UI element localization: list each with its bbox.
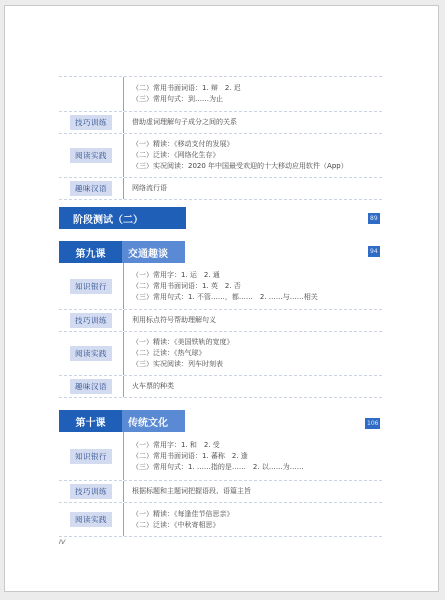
- toc-row: 阅读实践 （一）精读：《美国铁轨的宽度》 （二）泛读：《热气球》 （三）实况阅读…: [59, 332, 382, 376]
- row-body: （一）常用字：1. 和 2. 受 （二）常用书面词语：1. 蕃称 2. 逢 （三…: [124, 437, 304, 476]
- toc-row: （二）常用书面词语：1. 辩 2. 迟 （三）常用句式：到……为止: [59, 76, 382, 112]
- row-line: （三）实况阅读：列车时刻表: [132, 359, 234, 370]
- stage-test-header[interactable]: 阶段测试（二）: [59, 207, 186, 229]
- row-body: （一）精读：《每逢佳节倍思亲》 （二）泛读：《中秋寄相思》: [124, 506, 234, 534]
- row-line: 借助虚词理解句子成分之间的关系: [132, 117, 237, 128]
- row-line: （三）实况阅读：2020 年中国最受欢迎的十大移动应用软件（App）: [132, 161, 348, 172]
- toc-row: 技巧训练 借助虚词理解句子成分之间的关系: [59, 112, 382, 134]
- lesson-number: 第十课: [59, 410, 122, 432]
- toc-row: 阅读实践 （一）精读：《移动支付的发展》 （二）泛读：《网络化生存》 （三）实况…: [59, 134, 382, 178]
- toc-row: 趣味汉语 火车票的种类: [59, 376, 382, 398]
- row-line: （二）常用书面词语：1. 辩 2. 迟: [132, 83, 241, 94]
- row-label-cell: 趣味汉语: [59, 376, 124, 397]
- row-line: （三）常用句式：1. ……指的是…… 2. 以……为……: [132, 462, 304, 473]
- page-number-badge[interactable]: 106: [365, 418, 380, 429]
- row-line: （二）常用书面词语：1. 英 2. 否: [132, 281, 318, 292]
- row-line: （二）泛读：《中秋寄相思》: [132, 520, 234, 531]
- row-line: （二）常用书面词语：1. 蕃称 2. 逢: [132, 451, 304, 462]
- row-line: 火车票的种类: [132, 381, 174, 392]
- lesson-header[interactable]: 第十课 传统文化: [59, 410, 185, 432]
- row-label-cell: 阅读实践: [59, 332, 124, 375]
- lesson-title: 传统文化: [122, 410, 185, 432]
- row-line: 网络流行语: [132, 183, 167, 194]
- row-body: （一）精读：《移动支付的发展》 （二）泛读：《网络化生存》 （三）实况阅读：20…: [124, 136, 348, 175]
- row-line: （三）常用句式：到……为止: [132, 94, 241, 105]
- row-label-cell: 知识银行: [59, 432, 124, 480]
- section-badge: 阅读实践: [70, 512, 112, 527]
- section-badge: 知识银行: [70, 279, 112, 294]
- lesson-title: 交通趣谈: [122, 241, 185, 263]
- section-badge: 阅读实践: [70, 346, 112, 361]
- toc-row: 知识银行 （一）常用字：1. 运 2. 通 （二）常用书面词语：1. 英 2. …: [59, 263, 382, 310]
- section-badge: 趣味汉语: [70, 181, 112, 196]
- section-badge: 趣味汉语: [70, 379, 112, 394]
- section-badge: 知识银行: [70, 449, 112, 464]
- row-label-cell: 技巧训练: [59, 310, 124, 331]
- row-line: （一）常用字：1. 和 2. 受: [132, 440, 304, 451]
- row-body: 火车票的种类: [124, 378, 174, 395]
- row-line: （一）精读：《美国铁轨的宽度》: [132, 337, 234, 348]
- row-line: （二）泛读：《网络化生存》: [132, 150, 348, 161]
- lesson-rows: 知识银行 （一）常用字：1. 运 2. 通 （二）常用书面词语：1. 英 2. …: [59, 263, 382, 398]
- row-label-cell: [59, 77, 124, 111]
- prev-lesson-rows: （二）常用书面词语：1. 辩 2. 迟 （三）常用句式：到……为止 技巧训练 借…: [59, 76, 382, 200]
- row-body: （二）常用书面词语：1. 辩 2. 迟 （三）常用句式：到……为止: [124, 80, 241, 108]
- toc-row: 阅读实践 （一）精读：《每逢佳节倍思亲》 （二）泛读：《中秋寄相思》: [59, 503, 382, 537]
- row-line: 根据标题和主题词把握语段、语篇主旨: [132, 486, 251, 497]
- lesson-rows: 知识银行 （一）常用字：1. 和 2. 受 （二）常用书面词语：1. 蕃称 2.…: [59, 432, 382, 537]
- row-label-cell: 阅读实践: [59, 134, 124, 177]
- row-body: 利用标点符号帮助理解句义: [124, 312, 216, 329]
- row-label-cell: 技巧训练: [59, 481, 124, 502]
- toc-row: 趣味汉语 网络流行语: [59, 178, 382, 200]
- page-number-badge[interactable]: 89: [368, 213, 380, 224]
- row-line: （二）泛读：《热气球》: [132, 348, 234, 359]
- row-line: 利用标点符号帮助理解句义: [132, 315, 216, 326]
- page-number-badge[interactable]: 94: [368, 246, 380, 257]
- footer-page-number: IV: [59, 538, 65, 546]
- row-label-cell: 阅读实践: [59, 503, 124, 536]
- toc-row: 知识银行 （一）常用字：1. 和 2. 受 （二）常用书面词语：1. 蕃称 2.…: [59, 432, 382, 481]
- stage-test-title: 阶段测试（二）: [59, 207, 186, 229]
- row-body: 根据标题和主题词把握语段、语篇主旨: [124, 483, 251, 500]
- toc-row: 技巧训练 根据标题和主题词把握语段、语篇主旨: [59, 481, 382, 503]
- section-badge: 技巧训练: [70, 313, 112, 328]
- row-body: （一）常用字：1. 运 2. 通 （二）常用书面词语：1. 英 2. 否 （三）…: [124, 267, 318, 306]
- lesson-header[interactable]: 第九课 交通趣谈: [59, 241, 185, 263]
- lesson-number: 第九课: [59, 241, 122, 263]
- row-body: 借助虚词理解句子成分之间的关系: [124, 114, 237, 131]
- row-label-cell: 知识银行: [59, 263, 124, 309]
- section-badge: 技巧训练: [70, 115, 112, 130]
- row-body: （一）精读：《美国铁轨的宽度》 （二）泛读：《热气球》 （三）实况阅读：列车时刻…: [124, 334, 234, 373]
- row-line: （一）精读：《每逢佳节倍思亲》: [132, 509, 234, 520]
- section-badge: 阅读实践: [70, 148, 112, 163]
- row-line: （一）常用字：1. 运 2. 通: [132, 270, 318, 281]
- row-label-cell: 趣味汉语: [59, 178, 124, 199]
- row-line: （一）精读：《移动支付的发展》: [132, 139, 348, 150]
- row-body: 网络流行语: [124, 180, 167, 197]
- section-badge: 技巧训练: [70, 484, 112, 499]
- toc-row: 技巧训练 利用标点符号帮助理解句义: [59, 310, 382, 332]
- row-line: （三）常用句式：1. 不管……，都…… 2. ……与……相关: [132, 292, 318, 303]
- row-label-cell: 技巧训练: [59, 112, 124, 133]
